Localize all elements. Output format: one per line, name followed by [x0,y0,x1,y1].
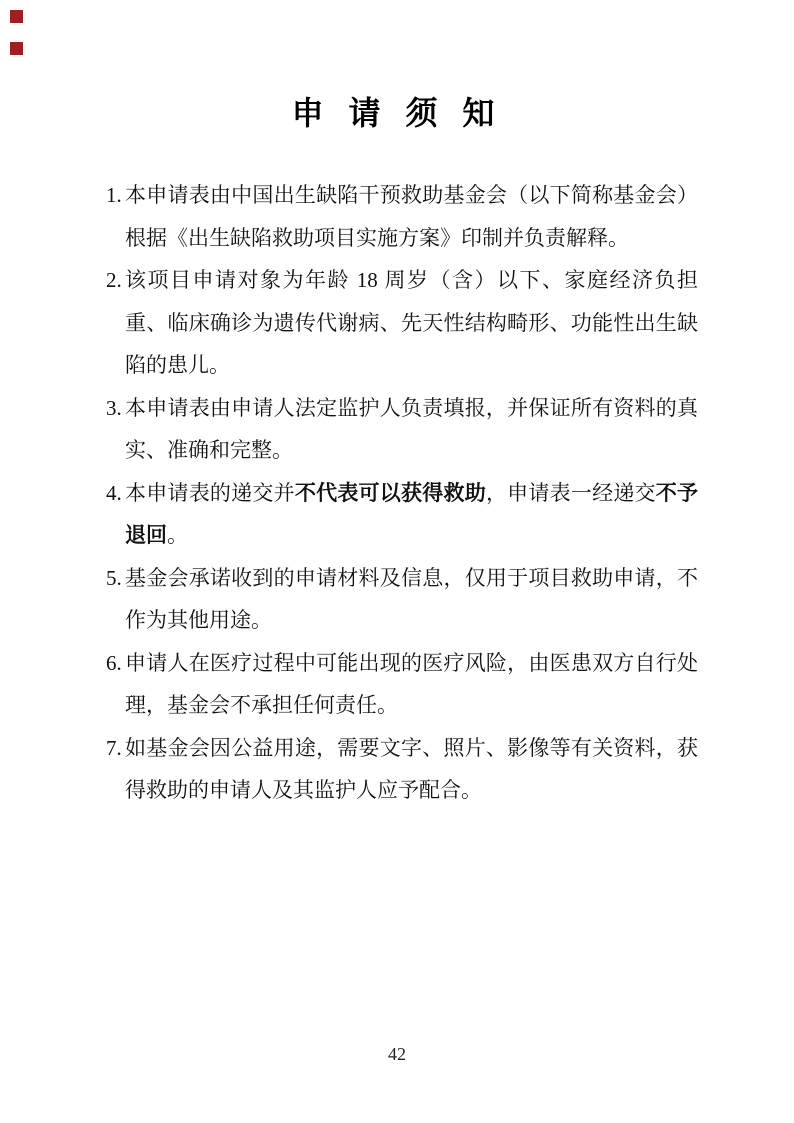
item-number: 3. [106,387,122,430]
item-text-segment: 基金会承诺收到的申请材料及信息，仅用于项目救助申请，不作为其他用途。 [125,566,698,633]
item-number: 4. [106,472,122,515]
item-text-bold-segment: 不代表可以获得救助 [295,481,486,505]
notice-item: 5. 基金会承诺收到的申请材料及信息，仅用于项目救助申请，不作为其他用途。 [106,557,698,642]
item-text-segment: 本申请表的递交并 [125,481,295,505]
document-page: 申 请 须 知 1. 本申请表由中国出生缺陷干预救助基金会（以下简称基金会）根据… [0,0,794,1123]
item-text: 本申请表的递交并不代表可以获得救助，申请表一经递交不予退回。 [125,481,698,548]
page-title: 申 请 须 知 [0,88,794,134]
item-text: 如基金会因公益用途，需要文字、照片、影像等有关资料，获得救助的申请人及其监护人应… [125,736,698,803]
item-number: 2. [106,259,122,302]
notice-item: 4. 本申请表的递交并不代表可以获得救助，申请表一经递交不予退回。 [106,472,698,557]
item-text-segment: 该项目申请对象为年龄 18 周岁（含）以下、家庭经济负担重、临床确诊为遗传代谢病… [125,268,698,377]
item-text: 该项目申请对象为年龄 18 周岁（含）以下、家庭经济负担重、临床确诊为遗传代谢病… [125,268,698,377]
item-number: 1. [106,174,122,217]
item-text: 申请人在医疗过程中可能出现的医疗风险，由医患双方自行处理，基金会不承担任何责任。 [125,651,698,718]
notice-item: 6. 申请人在医疗过程中可能出现的医疗风险，由医患双方自行处理，基金会不承担任何… [106,642,698,727]
item-text-segment: 本申请表由申请人法定监护人负责填报，并保证所有资料的真实、准确和完整。 [125,396,698,463]
item-number: 6. [106,642,122,685]
item-text-segment: 如基金会因公益用途，需要文字、照片、影像等有关资料，获得救助的申请人及其监护人应… [125,736,698,803]
notice-item: 3. 本申请表由申请人法定监护人负责填报，并保证所有资料的真实、准确和完整。 [106,387,698,472]
red-square-mark-icon [10,42,23,55]
item-text: 基金会承诺收到的申请材料及信息，仅用于项目救助申请，不作为其他用途。 [125,566,698,633]
item-text: 本申请表由申请人法定监护人负责填报，并保证所有资料的真实、准确和完整。 [125,396,698,463]
item-text-segment: ，申请表一经递交 [486,481,656,505]
item-number: 5. [106,557,122,600]
notice-item: 1. 本申请表由中国出生缺陷干预救助基金会（以下简称基金会）根据《出生缺陷救助项… [106,174,698,259]
page-number: 42 [0,1044,794,1065]
item-number: 7. [106,727,122,770]
notice-list: 1. 本申请表由中国出生缺陷干预救助基金会（以下简称基金会）根据《出生缺陷救助项… [106,174,698,812]
item-text-segment: 本申请表由中国出生缺陷干预救助基金会（以下简称基金会）根据《出生缺陷救助项目实施… [125,183,698,250]
notice-item: 7. 如基金会因公益用途，需要文字、照片、影像等有关资料，获得救助的申请人及其监… [106,727,698,812]
item-text-segment: 申请人在医疗过程中可能出现的医疗风险，由医患双方自行处理，基金会不承担任何责任。 [125,651,698,718]
red-square-mark-icon [10,10,23,23]
notice-item: 2. 该项目申请对象为年龄 18 周岁（含）以下、家庭经济负担重、临床确诊为遗传… [106,259,698,387]
item-text: 本申请表由中国出生缺陷干预救助基金会（以下简称基金会）根据《出生缺陷救助项目实施… [125,183,698,250]
item-text-segment: 。 [167,523,188,547]
